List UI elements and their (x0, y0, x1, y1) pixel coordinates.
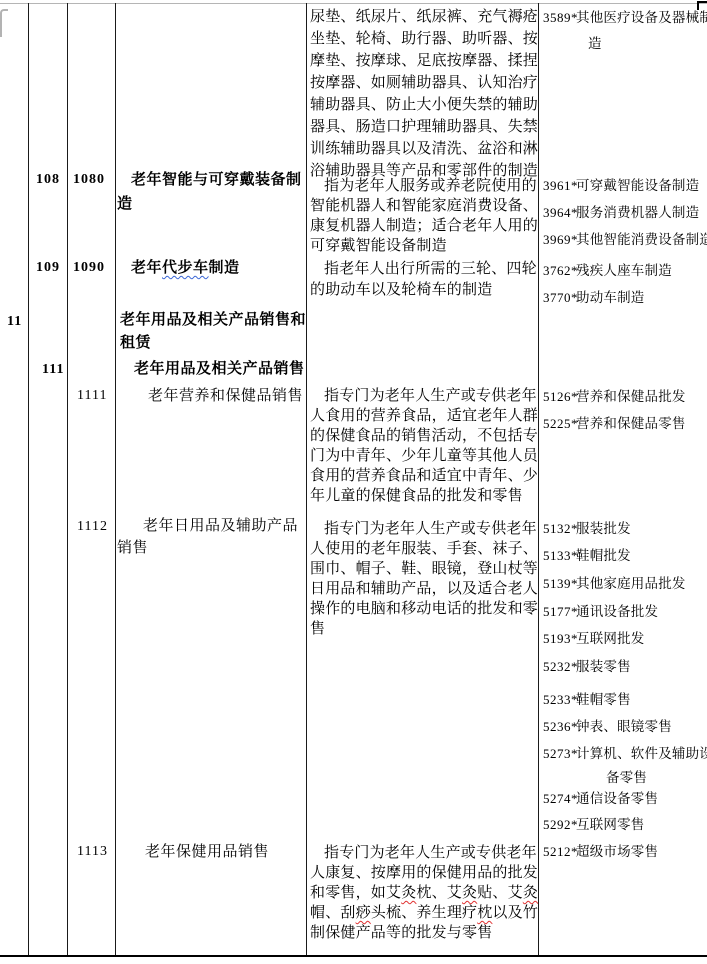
industry-code-number: 5132* (543, 522, 576, 536)
description-line: 的助动车以及轮椅车的制造 (310, 282, 492, 299)
industry-code-label: 服装批发 (576, 521, 631, 536)
industry-code-label: 互联网批发 (576, 631, 645, 646)
industry-code-entry: 5274*通信设备零售 (543, 790, 658, 808)
description-line: 坐垫、轮椅、助行器、助听器、按 (310, 31, 538, 48)
industry-code-label: 互联网零售 (576, 817, 645, 832)
industry-code-number: 3770* (543, 291, 576, 305)
description-line: 训练辅助器具以及清洗、盆浴和淋 (310, 141, 538, 158)
class-code-small: 1113 (77, 844, 108, 860)
description-line: 指专门为老年人生产或专供老年 (324, 845, 537, 862)
spellcheck-red-underline: 痧 (356, 905, 371, 921)
column-divider (306, 3, 307, 956)
industry-code-label: 通讯设备批发 (576, 604, 658, 619)
category-name: 老年保健用品销售 (145, 844, 269, 861)
description-line: 器具、肠造口护理辅助器具、失禁 (310, 119, 538, 136)
industry-code-label: 其他医疗设备及器械制 (576, 10, 707, 25)
column-divider (538, 3, 539, 956)
category-name: 造 (117, 196, 133, 213)
class-code-mid: 111 (42, 362, 64, 378)
desc-text: 和零售，如艾 (310, 885, 401, 901)
industry-code-label: 鞋帽批发 (576, 548, 631, 563)
industry-code-entry: 5233*鞋帽零售 (543, 691, 631, 709)
industry-code-number: 5212* (543, 845, 576, 859)
table-top-rule (0, 3, 707, 4)
industry-code-entry: 3589*其他医疗设备及器械制 (543, 9, 707, 27)
industry-code-label-wrap: 造 (588, 32, 602, 52)
industry-code-entry: 3762*残疾人座车制造 (543, 262, 672, 280)
industry-code-label: 钟表、眼镜零售 (576, 719, 672, 734)
description-line: 操作的电脑和移动电话的批发和零 (310, 601, 538, 618)
classification-table-page: 11 108 109 111 1080 1090 1111 1112 1113 … (0, 0, 707, 964)
description-line: 年儿童的保健食品的批发和零售 (310, 488, 523, 505)
description-line: 按摩器、如厕辅助器具、认知治疗 (310, 75, 538, 92)
industry-code-entry: 5236*钟表、眼镜零售 (543, 718, 672, 736)
industry-code-number: 5225* (543, 417, 576, 431)
table-bottom-rule (0, 955, 707, 957)
industry-code-label: 超级市场零售 (576, 844, 658, 859)
column-divider (115, 3, 116, 956)
description-line: 食用的营养食品和适宜中青年、少 (310, 468, 538, 485)
class-code-mid: 109 (36, 260, 60, 276)
description-line: 售 (310, 621, 325, 638)
description-line: 尿垫、纸尿片、纸尿裤、充气褥疮 (310, 9, 538, 26)
column-divider (28, 3, 29, 956)
desc-text: 枕、艾 (416, 885, 462, 901)
industry-code-label: 可穿戴智能设备制造 (576, 178, 699, 193)
category-name: 老年营养和保健品销售 (148, 388, 303, 405)
class-code-big: 11 (7, 314, 22, 330)
page-edge-artifact (0, 9, 8, 37)
category-name: 销售 (117, 540, 148, 557)
description-line: 日用品和辅助产品，以及适合老人 (310, 581, 538, 598)
description-line: 辅助器具、防止大小便失禁的辅助 (310, 97, 538, 114)
description-line: 人食用的营养食品，适宜老年人群 (310, 408, 538, 425)
class-code-small: 1111 (77, 388, 107, 404)
industry-code-label-wrap: 备零售 (606, 766, 647, 786)
industry-code-label: 通信设备零售 (576, 791, 658, 806)
desc-text: 头梳、养生理疗 (371, 905, 477, 921)
industry-code-number: 5236* (543, 720, 576, 734)
industry-code-label: 助动车制造 (576, 290, 645, 305)
spellcheck-red-underline: 枕 (477, 905, 492, 921)
industry-code-number: 3762* (543, 264, 576, 278)
description-line: 指专门为老年人生产或专供老年 (324, 388, 537, 405)
spellcheck-red-underline: 灸 (401, 885, 416, 901)
industry-code-entry: 5212*超级市场零售 (543, 843, 658, 861)
category-name: 老年代步车制造 (131, 260, 240, 277)
industry-code-entry: 3964*服务消费机器人制造 (543, 204, 699, 222)
industry-code-label: 鞋帽零售 (576, 692, 631, 707)
industry-code-number: 3964* (543, 206, 576, 220)
description-line: 指专门为老年人生产或专供老年 (324, 521, 537, 538)
industry-code-label: 服装零售 (576, 659, 631, 674)
description-line: 制保健产品等的批发与零售 (310, 925, 492, 942)
industry-code-entry: 5139*其他家庭用品批发 (543, 575, 686, 593)
spellcheck-red-underline: 灸 (523, 885, 538, 901)
industry-code-entry: 5193*互联网批发 (543, 630, 645, 648)
industry-code-label: 营养和保健品零售 (576, 416, 686, 431)
industry-code-number: 5177* (543, 605, 576, 619)
industry-code-number: 5233* (543, 693, 576, 707)
industry-code-number: 5193* (543, 632, 576, 646)
desc-text: 以及竹 (492, 905, 538, 921)
description-line: 智能机器人和智能家庭消费设备、 (310, 198, 538, 215)
description-line: 康复机器人制造；适合老年人用的 (310, 218, 538, 235)
industry-code-entry: 5225*营养和保健品零售 (543, 415, 686, 433)
category-name: 老年用品及相关产品销售和 (120, 312, 306, 329)
class-code-small: 1112 (77, 519, 108, 535)
description-line: 指为老年人服务或养老院使用的 (324, 178, 537, 195)
industry-code-number: 5292* (543, 818, 576, 832)
description-line: 可穿戴智能设备制造 (310, 238, 447, 255)
industry-code-entry: 5273*计算机、软件及辅助设 (543, 745, 707, 763)
industry-code-entry: 5292*互联网零售 (543, 816, 645, 834)
description-line: 指老年人出行所需的三轮、四轮 (324, 261, 537, 278)
industry-code-label: 残疾人座车制造 (576, 263, 672, 278)
industry-code-number: 5274* (543, 792, 576, 806)
name-text: 制造 (209, 260, 240, 276)
industry-code-entry: 5232*服装零售 (543, 658, 631, 676)
description-line: 摩垫、按摩球、足底按摩器、揉捏 (310, 53, 538, 70)
industry-code-number: 3969* (543, 233, 576, 247)
industry-code-number: 3589* (543, 11, 576, 25)
description-line: 和零售，如艾灸枕、艾灸贴、艾灸 (310, 885, 538, 902)
industry-code-entry: 3770*助动车制造 (543, 289, 645, 307)
column-divider (67, 3, 68, 956)
description-line: 人使用的老年服装、手套、袜子、 (310, 541, 538, 558)
industry-code-label: 服务消费机器人制造 (576, 205, 699, 220)
category-name: 老年智能与可穿戴装备制 (131, 172, 302, 189)
industry-code-label: 其他家庭用品批发 (576, 576, 686, 591)
category-name: 老年日用品及辅助产品 (143, 518, 298, 535)
desc-text: 贴、艾 (477, 885, 523, 901)
name-text: 老年 (131, 260, 162, 276)
spellcheck-red-underline: 灸 (462, 885, 477, 901)
category-name: 租赁 (120, 335, 151, 352)
class-code-small: 1080 (73, 172, 105, 188)
industry-code-number: 5232* (543, 660, 576, 674)
industry-code-number: 5126* (543, 390, 576, 404)
description-line: 围巾、帽子、鞋、眼镜，登山杖等 (310, 561, 538, 578)
industry-code-entry: 3961*可穿戴智能设备制造 (543, 177, 699, 195)
industry-code-entry: 3969*其他智能消费设备制造 (543, 231, 707, 249)
industry-code-entry: 5133*鞋帽批发 (543, 547, 631, 565)
spellcheck-blue-underline: 代步车 (162, 260, 209, 276)
category-name: 老年用品及相关产品销售 (134, 361, 305, 378)
industry-code-label: 营养和保健品批发 (576, 389, 686, 404)
description-line: 帽、刮痧头梳、养生理疗枕以及竹 (310, 905, 538, 922)
industry-code-number: 5273* (543, 747, 576, 761)
description-line: 的保健食品的销售活动，不包括专 (310, 428, 538, 445)
class-code-mid: 108 (36, 172, 60, 188)
industry-code-label: 计算机、软件及辅助设 (576, 746, 707, 761)
industry-code-entry: 5177*通讯设备批发 (543, 603, 658, 621)
industry-code-number: 5139* (543, 577, 576, 591)
industry-code-number: 5133* (543, 549, 576, 563)
industry-code-entry: 5132*服装批发 (543, 520, 631, 538)
class-code-small: 1090 (73, 260, 105, 276)
description-line: 人康复、按摩用的保健用品的批发 (310, 865, 538, 882)
industry-code-label: 其他智能消费设备制造 (576, 232, 707, 247)
desc-text: 帽、刮 (310, 905, 356, 921)
industry-code-number: 3961* (543, 179, 576, 193)
industry-code-entry: 5126*营养和保健品批发 (543, 388, 686, 406)
description-line: 门为中青年、少年儿童等其他人员 (310, 448, 538, 465)
